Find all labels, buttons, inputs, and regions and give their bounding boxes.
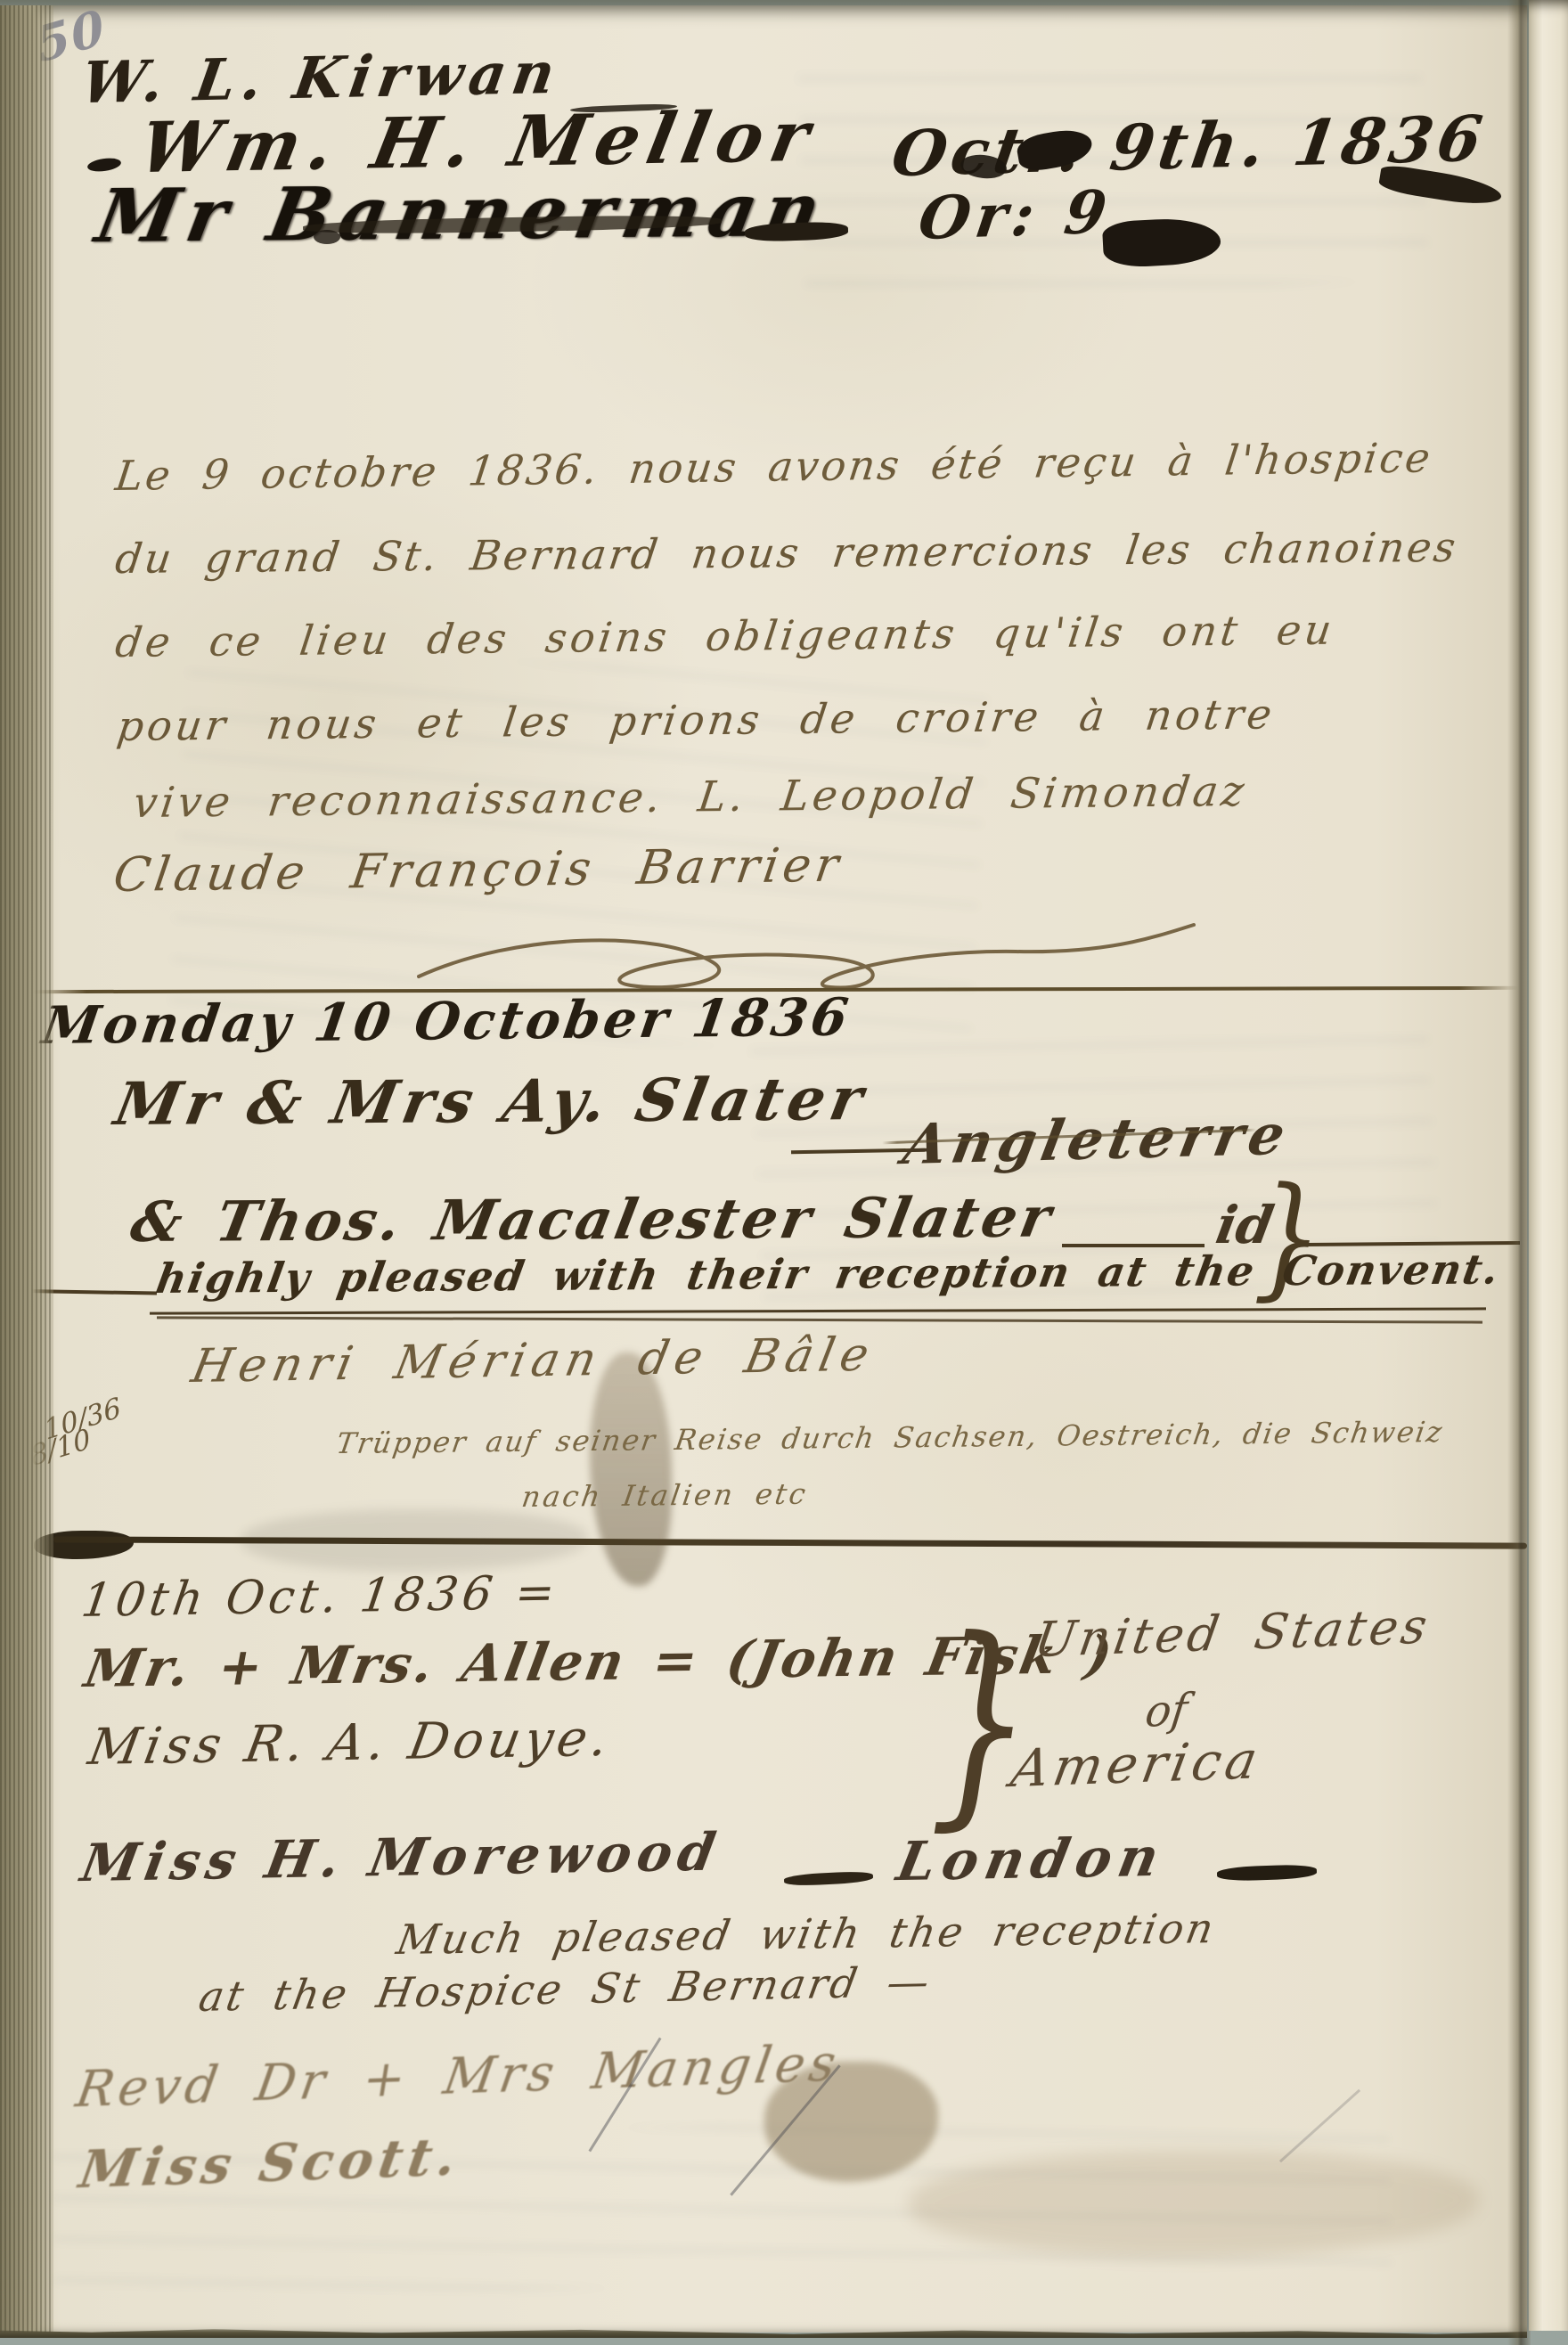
guest-origin-london: London bbox=[893, 1831, 1170, 1889]
origin-united-states: United States bbox=[1032, 1602, 1434, 1664]
ink-stroke bbox=[1217, 1864, 1317, 1882]
guest-entry-douye: Miss R. A. Douye. bbox=[85, 1714, 616, 1773]
guest-entry-merian: Henri Mérian de Bâle bbox=[188, 1332, 878, 1391]
merian-note-line: Trüpper auf seiner Reise durch Sachsen, … bbox=[335, 1418, 1446, 1458]
french-note-line: du grand St. Bernard nous remercions les… bbox=[113, 527, 1460, 579]
page-gutter-fold bbox=[1507, 0, 1531, 2345]
manuscript-page: 50 W. L. Kirwan Wm. H. Mellor Octr. 9th.… bbox=[0, 5, 1527, 2333]
date-header-monday: Monday 10 October 1836 bbox=[39, 991, 854, 1051]
french-note-line: de ce lieu des soins obligeants qu'ils o… bbox=[113, 609, 1337, 663]
section-divider-heavy bbox=[53, 1536, 1527, 1548]
guest-entry-bannerman: Mr Bannerman bbox=[91, 174, 834, 253]
facing-page-sliver bbox=[1529, 0, 1568, 2331]
french-note-line: pour nous et les prions de croire à notr… bbox=[115, 693, 1278, 747]
ink-stroke bbox=[784, 1870, 874, 1886]
page-bottom-edge bbox=[0, 2325, 1527, 2338]
merian-note-line: nach Italien etc bbox=[520, 1480, 811, 1511]
slater-remark: highly pleased with their reception at t… bbox=[153, 1248, 1503, 1299]
guest-entry-mangles-faded: Revd Dr + Mrs Mangles bbox=[73, 2039, 844, 2115]
morewood-remark-line: Much pleased with the reception bbox=[394, 1908, 1220, 1960]
guest-entry-morewood: Miss H. Morewood bbox=[78, 1826, 725, 1889]
french-note-line: Le 9 octobre 1836. nous avons été reçu à… bbox=[113, 437, 1435, 496]
guest-entry-macalester-slater: & Thos. Macalester Slater bbox=[127, 1190, 1058, 1250]
morewood-remark-line: at the Hospice St Bernard — bbox=[196, 1961, 935, 2017]
remark-underline bbox=[157, 1316, 1482, 1323]
guest-entry-bannerman-date: Or: 9 bbox=[915, 182, 1115, 248]
origin-of: of bbox=[1143, 1687, 1190, 1734]
ink-dot bbox=[86, 156, 122, 173]
guest-entry-slater: Mr & Mrs Ay. Slater bbox=[110, 1069, 873, 1133]
ink-smudge-vertical bbox=[590, 1352, 672, 1586]
origin-america: America bbox=[1008, 1734, 1266, 1794]
guest-entry-scott-faded: Miss Scott. bbox=[76, 2130, 464, 2195]
french-note-line: vive reconnaissance. L. Leopold Simondaz bbox=[131, 771, 1250, 824]
scanned-guestbook-page: { "doc": { "folio_number": "50", "header… bbox=[0, 0, 1568, 2345]
book-binding-edge bbox=[0, 5, 53, 2333]
date-header-oct10: 10th Oct. 1836 = bbox=[78, 1570, 561, 1624]
french-note-signature: Claude François Barrier bbox=[110, 842, 845, 900]
ink-spot bbox=[314, 230, 340, 244]
brace-glyph-large: } bbox=[928, 1609, 1033, 1834]
